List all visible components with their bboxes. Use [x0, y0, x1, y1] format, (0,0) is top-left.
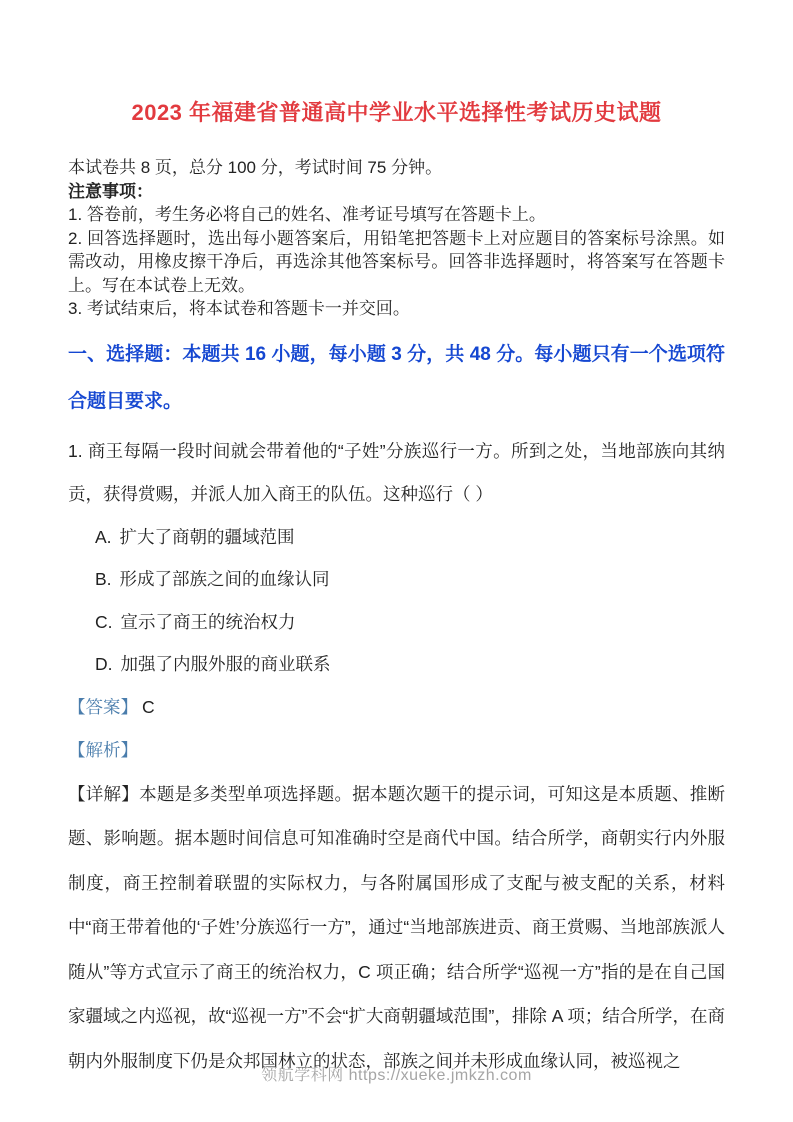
analysis-line: 【解析】	[68, 729, 725, 772]
question-1-option-a: A.扩大了商朝的疆域范围	[95, 516, 725, 559]
option-c-text: 宣示了商王的统治权力	[121, 612, 296, 632]
option-b-text: 形成了部族之间的血缘认同	[120, 569, 330, 589]
detail-explanation: 【详解】本题是多类型单项选择题。据本题次题干的提示词，可知这是本质题、推断题、影…	[68, 772, 725, 1084]
question-1-option-c: C.宣示了商王的统治权力	[95, 601, 725, 644]
question-1-option-b: B.形成了部族之间的血缘认同	[95, 558, 725, 601]
option-a-text: 扩大了商朝的疆域范围	[120, 527, 295, 547]
option-c-label: C.	[95, 612, 113, 632]
page-title: 2023 年福建省普通高中学业水平选择性考试历史试题	[68, 96, 725, 127]
answer-value: C	[142, 697, 155, 717]
notice-item-3: 3. 考试结束后，将本试卷和答题卡一并交回。	[68, 297, 725, 321]
notice-heading: 注意事项：	[68, 180, 725, 204]
option-d-label: D.	[95, 654, 113, 674]
detail-text: 本题是多类型单项选择题。据本题次题干的提示词，可知这是本质题、推断题、影响题。据…	[68, 784, 725, 1071]
exam-meta-line: 本试卷共 8 页，总分 100 分，考试时间 75 分钟。	[68, 156, 725, 180]
detail-label: 【详解】	[68, 784, 139, 804]
option-a-label: A.	[95, 527, 112, 547]
section-heading-multiple-choice: 一、选择题：本题共 16 小题，每小题 3 分，共 48 分。每小题只有一个选项…	[68, 331, 725, 425]
answer-label: 【答案】	[68, 697, 138, 717]
question-1-stem: 1. 商王每隔一段时间就会带着他的“子姓”分族巡行一方。所到之处，当地部族向其纳…	[68, 430, 725, 516]
option-b-label: B.	[95, 569, 112, 589]
notice-item-2: 2. 回答选择题时，选出每小题答案后，用铅笔把答题卡上对应题目的答案标号涂黑。如…	[68, 227, 725, 298]
question-1-option-d: D.加强了内服外服的商业联系	[95, 643, 725, 686]
option-d-text: 加强了内服外服的商业联系	[121, 654, 331, 674]
exam-document-page: 2023 年福建省普通高中学业水平选择性考试历史试题 本试卷共 8 页，总分 1…	[0, 0, 793, 1122]
analysis-label: 【解析】	[68, 740, 138, 760]
footer-watermark: 领航学科网 https://xueke.jmkzh.com	[0, 1062, 793, 1085]
notice-item-1: 1. 答卷前，考生务必将自己的姓名、准考证号填写在答题卡上。	[68, 203, 725, 227]
answer-line: 【答案】C	[68, 686, 725, 729]
